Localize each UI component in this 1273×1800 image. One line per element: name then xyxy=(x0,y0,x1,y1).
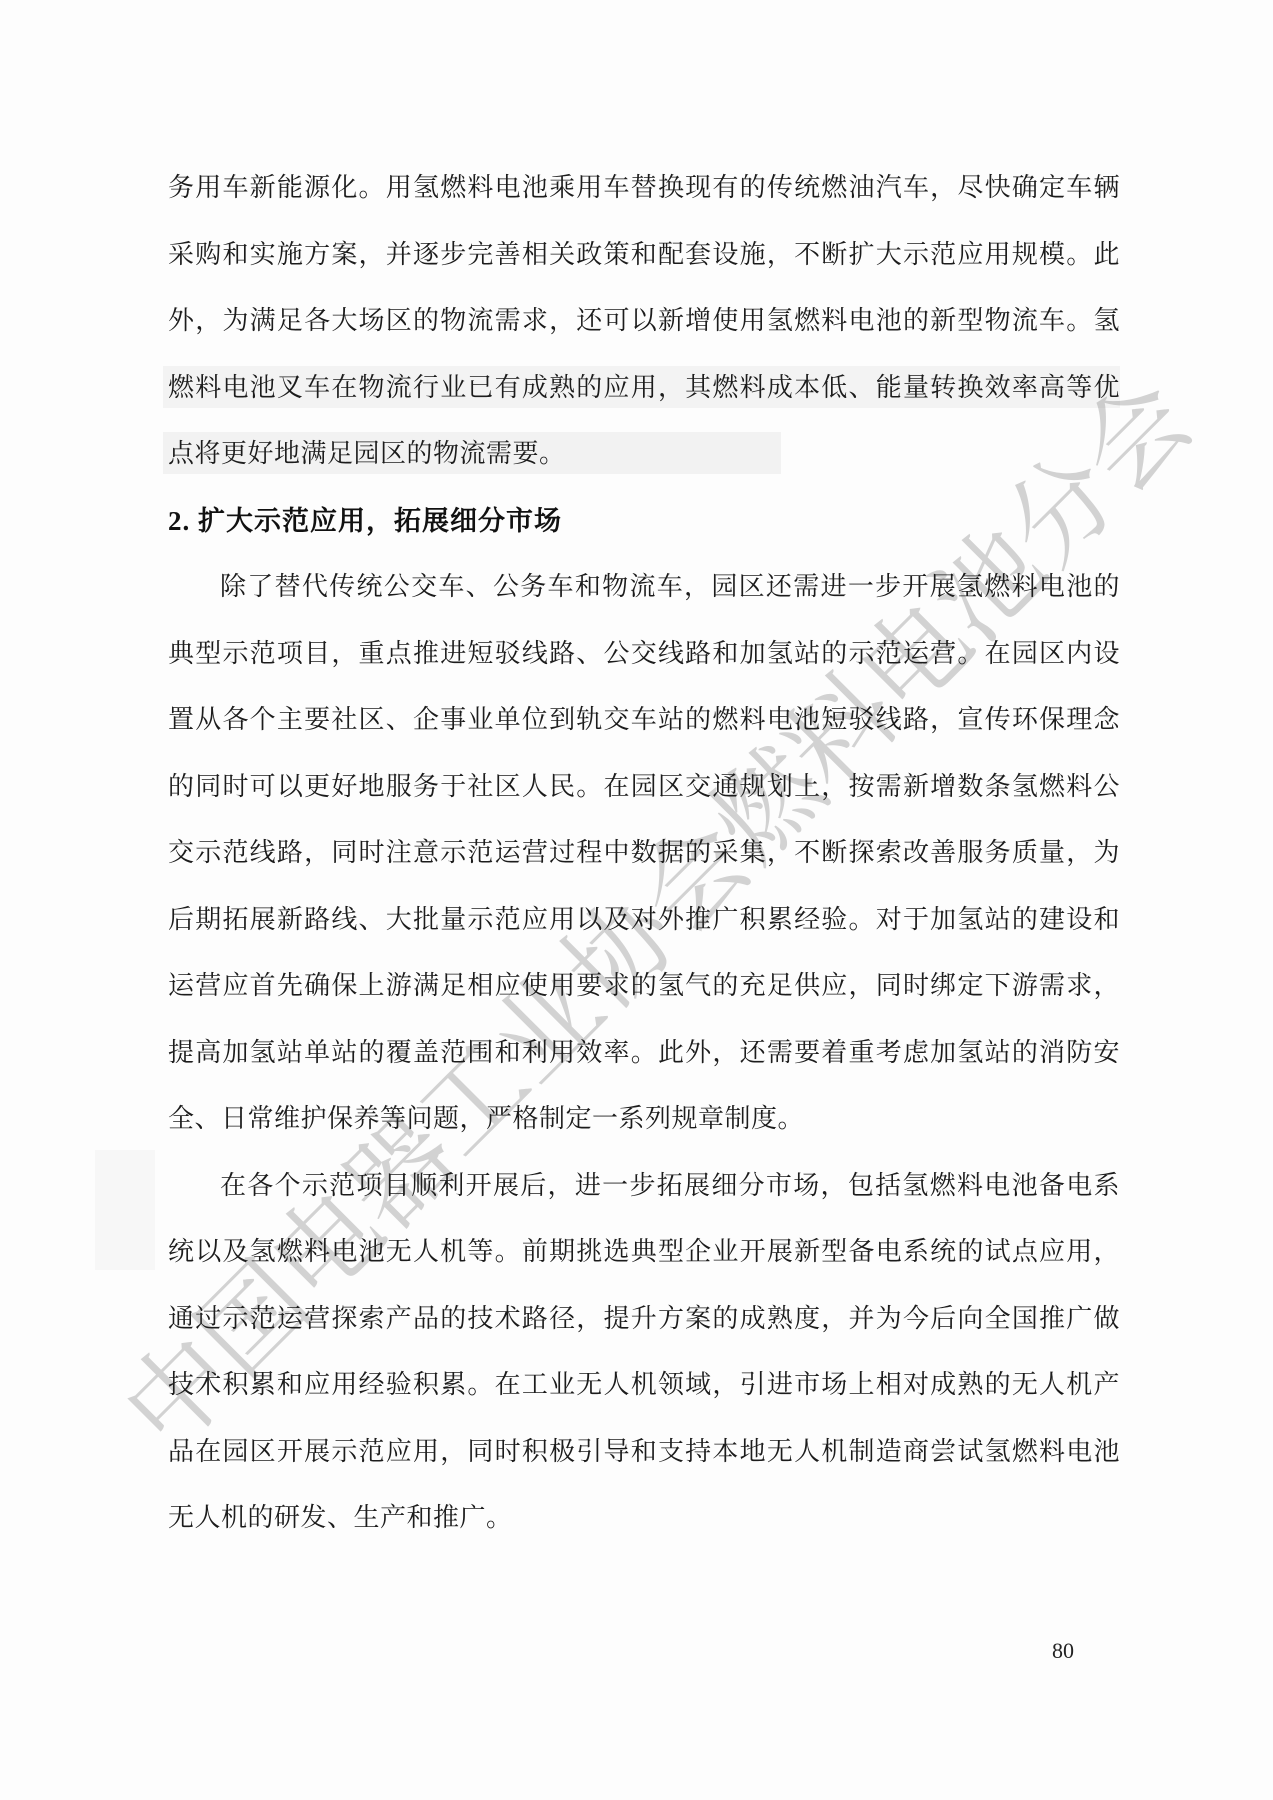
text-line: 外，为满足各大场区的物流需求，还可以新增使用氢燃料电池的新型物流车。氢 xyxy=(168,288,1120,355)
text-line: 务用车新能源化。用氢燃料电池乘用车替换现有的传统燃油汽车，尽快确定车辆 xyxy=(168,155,1120,222)
section-heading: 2. 扩大示范应用，拓展细分市场 xyxy=(168,488,1120,555)
text-line: 后期拓展新路线、大批量示范应用以及对外推广积累经验。对于加氢站的建设和 xyxy=(168,887,1120,954)
text-line: 交示范线路，同时注意示范运营过程中数据的采集，不断探索改善服务质量，为 xyxy=(168,820,1120,887)
document-page: 中国电器工业协会燃料电池分会 务用车新能源化。用氢燃料电池乘用车替换现有的传统燃… xyxy=(0,0,1273,1800)
text-line: 提高加氢站单站的覆盖范围和利用效率。此外，还需要着重考虑加氢站的消防安 xyxy=(168,1020,1120,1087)
text-line: 在各个示范项目顺利开展后，进一步拓展细分市场，包括氢燃料电池备电系 xyxy=(168,1153,1120,1220)
paragraph-segment-markets: 在各个示范项目顺利开展后，进一步拓展细分市场，包括氢燃料电池备电系统以及氢燃料电… xyxy=(168,1153,1120,1552)
text-line: 无人机的研发、生产和推广。 xyxy=(168,1485,1120,1552)
text-line: 置从各个主要社区、企事业单位到轨交车站的燃料电池短驳线路，宣传环保理念 xyxy=(168,687,1120,754)
page-number: 80 xyxy=(1052,1638,1074,1664)
paragraph-demonstration: 除了替代传统公交车、公务车和物流车，园区还需进一步开展氢燃料电池的典型示范项目，… xyxy=(168,554,1120,1153)
scan-blotch xyxy=(95,1150,155,1270)
text-line: 通过示范运营探索产品的技术路径，提升方案的成熟度，并为今后向全国推广做 xyxy=(168,1286,1120,1353)
text-line: 全、日常维护保养等问题，严格制定一系列规章制度。 xyxy=(168,1086,1120,1153)
text-line: 的同时可以更好地服务于社区人民。在园区交通规划上，按需新增数条氢燃料公 xyxy=(168,754,1120,821)
text-line: 统以及氢燃料电池无人机等。前期挑选典型企业开展新型备电系统的试点应用， xyxy=(168,1219,1120,1286)
text-line: 点将更好地满足园区的物流需要。 xyxy=(168,421,1120,488)
text-line: 运营应首先确保上游满足相应使用要求的氢气的充足供应，同时绑定下游需求， xyxy=(168,953,1120,1020)
text-line: 品在园区开展示范应用，同时积极引导和支持本地无人机制造商尝试氢燃料电池 xyxy=(168,1419,1120,1486)
paragraph-continuation: 务用车新能源化。用氢燃料电池乘用车替换现有的传统燃油汽车，尽快确定车辆采购和实施… xyxy=(168,155,1120,488)
text-line: 典型示范项目，重点推进短驳线路、公交线路和加氢站的示范运营。在园区内设 xyxy=(168,621,1120,688)
page-body: 务用车新能源化。用氢燃料电池乘用车替换现有的传统燃油汽车，尽快确定车辆采购和实施… xyxy=(168,155,1120,1552)
text-line: 技术积累和应用经验积累。在工业无人机领域，引进市场上相对成熟的无人机产 xyxy=(168,1352,1120,1419)
text-line: 燃料电池叉车在物流行业已有成熟的应用，其燃料成本低、能量转换效率高等优 xyxy=(168,355,1120,422)
text-line: 采购和实施方案，并逐步完善相关政策和配套设施，不断扩大示范应用规模。此 xyxy=(168,222,1120,289)
text-line: 除了替代传统公交车、公务车和物流车，园区还需进一步开展氢燃料电池的 xyxy=(168,554,1120,621)
